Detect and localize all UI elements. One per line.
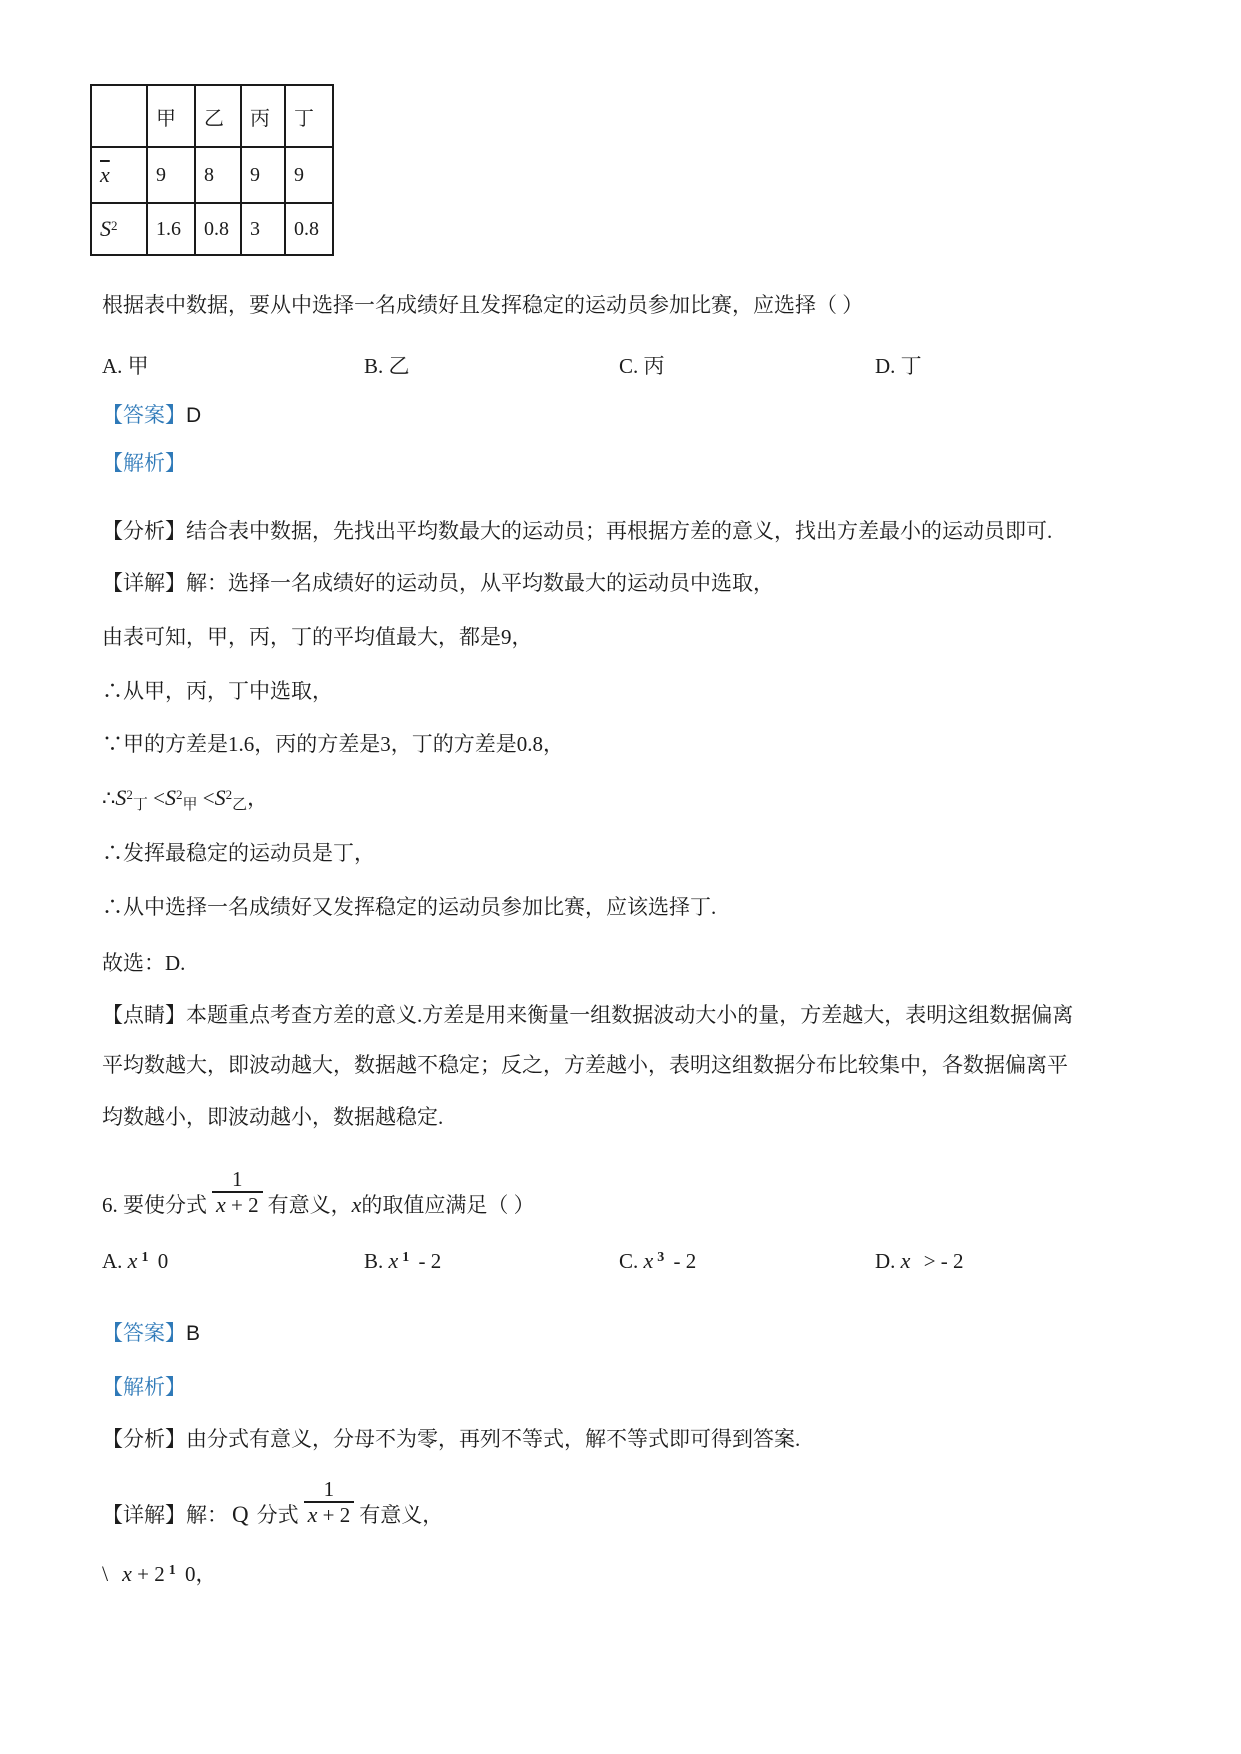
q6-stem: 6. 要使分式1x + 2有意义，x的取值应满足（ ） — [102, 1168, 535, 1220]
q5-conclusion: 故选：D. — [102, 948, 185, 978]
s-symbol: S — [115, 785, 126, 810]
q6-xiangjie-suffix: 有意义， — [359, 1503, 443, 1527]
fraction: 1x + 2 — [304, 1478, 355, 1527]
q5-option-b-label: B. — [364, 354, 383, 378]
table-row-mean: x 9 8 9 9 — [91, 147, 333, 203]
stats-table: 甲 乙 丙 丁 x 9 8 9 9 S2 1.6 0.8 3 0.8 — [90, 84, 334, 256]
table-header-jia: 甲 — [147, 85, 195, 147]
q6-option-a-var: x — [128, 1248, 138, 1273]
q5-dianjing-line2: 平均数越大，即波动越大，数据越不稳定；反之，方差越小，表明这组数据分布比较集中，… — [102, 1050, 1068, 1080]
q5-option-a: A. 甲 — [102, 350, 149, 380]
q6-jiexi-line: 【解析】 — [102, 1372, 186, 1402]
fraction-numerator: 1 — [212, 1168, 263, 1191]
q6-option-b-relation: 1 — [402, 1250, 409, 1265]
document-page: 甲 乙 丙 丁 x 9 8 9 9 S2 1.6 0.8 3 0.8 根据表中数… — [0, 0, 1241, 1754]
q6-option-b: B. x1 - 2 — [364, 1248, 441, 1274]
fraction-numerator: 1 — [304, 1478, 355, 1501]
fraction: 1x + 2 — [212, 1168, 263, 1217]
q5-sol-line3: ∵甲的方差是1.6，丙的方差是3，丁的方差是0.8， — [102, 729, 564, 759]
answer-tag: 【答案】 — [102, 403, 186, 427]
q6-answer-line: 【答案】B — [102, 1318, 200, 1349]
q6-option-a-label: A. — [102, 1249, 122, 1273]
q6-option-d-rest: > - 2 — [918, 1249, 963, 1273]
q6-xiangjie-prefix: 【详解】解： — [102, 1503, 228, 1527]
sub-jia: 甲 — [182, 797, 197, 813]
q5-variance-inequality: ∴S2丁 <S2甲 <S2乙， — [102, 780, 268, 820]
table-header-row: 甲 乙 丙 丁 — [91, 85, 333, 147]
q6-option-c-label: C. — [619, 1249, 638, 1273]
den-rest: + 2 — [226, 1193, 259, 1217]
x-bar-symbol: x — [100, 162, 110, 187]
fraction-denominator: x + 2 — [212, 1191, 263, 1217]
concl-variable: x — [122, 1561, 132, 1586]
q6-xiangjie-line: 【详解】解：Q分式1x + 2有意义， — [102, 1478, 443, 1530]
q6-option-c: C. x3 - 2 — [619, 1248, 696, 1274]
s-squared-exponent: 2 — [111, 218, 118, 233]
because-symbol: Q — [232, 1502, 249, 1527]
concl-relation: 1 — [169, 1563, 176, 1578]
den-variable: x — [216, 1192, 226, 1217]
q5-jiexi-line: 【解析】 — [102, 448, 186, 478]
q6-stem-variable: x — [352, 1192, 362, 1217]
table-corner-cell — [91, 85, 147, 147]
s-symbol: S — [165, 785, 176, 810]
q6-option-b-rest: - 2 — [413, 1249, 441, 1273]
q6-number: 6. — [102, 1193, 123, 1217]
q5-option-a-label: A. — [102, 354, 122, 378]
q6-option-c-var: x — [644, 1248, 654, 1273]
q5-answer-line: 【答案】D — [102, 400, 201, 431]
den-rest: + 2 — [317, 1503, 350, 1527]
q5-option-d-label: D. — [875, 354, 895, 378]
q5-option-a-text: 甲 — [128, 354, 149, 378]
q5-dianjing-line3: 均数越小，即波动越小，数据越稳定. — [102, 1102, 443, 1132]
q6-option-d: D. x > - 2 — [875, 1248, 964, 1274]
q6-answer-letter: B — [186, 1322, 200, 1345]
q5-option-d: D. 丁 — [875, 350, 922, 380]
mean-cell: 8 — [195, 147, 241, 203]
sub-yi: 乙 — [232, 797, 247, 813]
q5-option-b-text: 乙 — [389, 354, 410, 378]
q6-option-d-var: x — [901, 1248, 911, 1273]
fraction-denominator: x + 2 — [304, 1501, 355, 1527]
q5-sol-line5: ∴从中选择一名成绩好又发挥稳定的运动员参加比赛，应该选择丁. — [102, 892, 716, 922]
q6-option-a-relation: 1 — [141, 1250, 148, 1265]
jiexi-tag: 【解析】 — [102, 1375, 186, 1399]
q6-option-a: A. x1 0 — [102, 1248, 168, 1274]
mean-cell: 9 — [241, 147, 285, 203]
q6-fenxi-line: 【分析】由分式有意义，分母不为零，再列不等式，解不等式即可得到答案. — [102, 1424, 800, 1454]
concl-tail: 0， — [180, 1562, 217, 1586]
q5-sol-line1: 由表可知，甲，丙，丁的平均值最大，都是9， — [102, 622, 533, 652]
variance-cell: 0.8 — [195, 203, 241, 255]
q6-option-b-label: B. — [364, 1249, 383, 1273]
therefore-symbol: ∴ — [102, 786, 115, 810]
q5-option-d-text: 丁 — [901, 354, 922, 378]
mean-label-cell: x — [91, 147, 147, 203]
concl-rest: + 2 — [132, 1562, 165, 1586]
jiexi-tag: 【解析】 — [102, 451, 186, 475]
q6-conclusion: \x + 21 0， — [102, 1556, 216, 1589]
comma: ， — [247, 786, 268, 810]
answer-tag: 【答案】 — [102, 1321, 186, 1345]
q6-stem-mid: 有意义， — [268, 1193, 352, 1217]
q6-option-a-rest: 0 — [152, 1249, 168, 1273]
q6-stem-suffix: 的取值应满足（ ） — [361, 1193, 534, 1217]
q5-xiangjie-line: 【详解】解：选择一名成绩好的运动员，从平均数最大的运动员中选取， — [102, 568, 774, 598]
therefore-symbol: \ — [102, 1561, 108, 1586]
q6-option-d-label: D. — [875, 1249, 895, 1273]
den-variable: x — [308, 1502, 318, 1527]
q6-stem-prefix: 要使分式 — [123, 1193, 207, 1217]
variance-cell: 1.6 — [147, 203, 195, 255]
mean-cell: 9 — [147, 147, 195, 203]
less-than-symbol: < — [203, 786, 215, 810]
table-header-yi: 乙 — [195, 85, 241, 147]
variance-label-cell: S2 — [91, 203, 147, 255]
table-header-ding: 丁 — [285, 85, 333, 147]
fenshi-label: 分式 — [257, 1503, 299, 1527]
q5-option-c-label: C. — [619, 354, 638, 378]
q5-dianjing-line1: 【点睛】本题重点考查方差的意义.方差是用来衡量一组数据波动大小的量，方差越大，表… — [102, 1000, 1073, 1030]
q5-sol-line2: ∴从甲，丙，丁中选取， — [102, 676, 333, 706]
s-squared-symbol: S — [100, 216, 111, 241]
q6-option-c-relation: 3 — [657, 1250, 664, 1265]
q5-stem: 根据表中数据，要从中选择一名成绩好且发挥稳定的运动员参加比赛，应选择（ ） — [102, 290, 863, 320]
q5-option-c: C. 丙 — [619, 350, 665, 380]
q5-fenxi-line: 【分析】结合表中数据，先找出平均数最大的运动员；再根据方差的意义，找出方差最小的… — [102, 516, 1052, 546]
less-than-symbol: < — [153, 786, 165, 810]
q5-sol-line4: ∴发挥最稳定的运动员是丁， — [102, 838, 375, 868]
variance-cell: 3 — [241, 203, 285, 255]
sub-ding: 丁 — [133, 797, 148, 813]
q5-answer-letter: D — [186, 404, 201, 427]
table-header-bing: 丙 — [241, 85, 285, 147]
mean-cell: 9 — [285, 147, 333, 203]
s-symbol: S — [215, 785, 226, 810]
variance-cell: 0.8 — [285, 203, 333, 255]
q6-option-c-rest: - 2 — [668, 1249, 696, 1273]
q5-option-c-text: 丙 — [644, 354, 665, 378]
table-row-variance: S2 1.6 0.8 3 0.8 — [91, 203, 333, 255]
q6-option-b-var: x — [389, 1248, 399, 1273]
q5-option-b: B. 乙 — [364, 350, 410, 380]
